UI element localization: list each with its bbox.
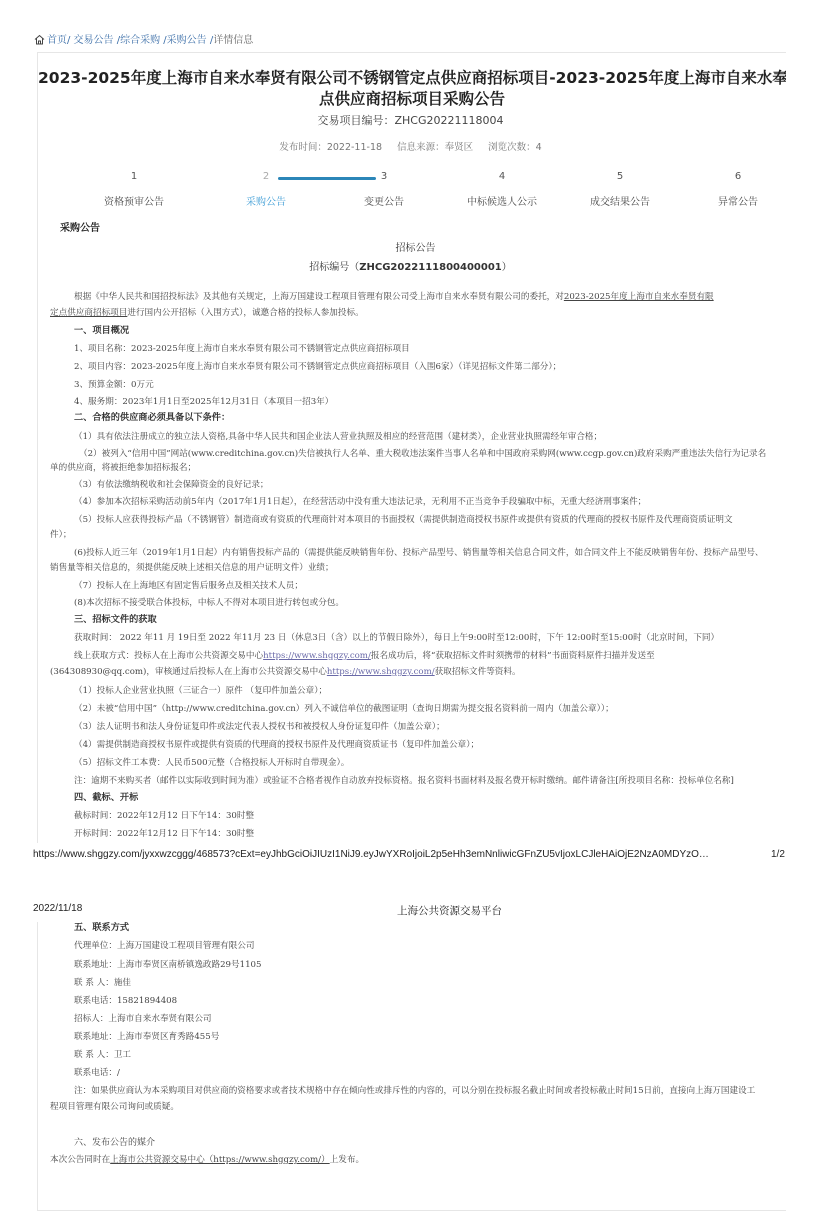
s3-online: 线上获取方式：投标人在上海市公共资源交易中心https://www.shggzy… [74, 650, 784, 662]
intro-text: 根据《中华人民共和国招投标法》及其他有关规定，上海万国建设工程项目管理有限公司受… [74, 292, 564, 302]
s2-item: （4）参加本次招标采购活动前5年内（2017年1月1日起），在经营活动中没有重大… [74, 496, 784, 508]
s2-item: （5）投标人应获得投标产品（不锈钢管）制造商或有资质的代理商针对本项目的书面授权… [74, 514, 784, 526]
info-source: 信息来源：奉贤区 [397, 142, 473, 153]
step-number: 6 [678, 171, 798, 185]
s3-item: （3）法人证明书和法人身份证复印件或法定代表人授权书和被授权人身份证复印件（加盖… [74, 721, 445, 733]
project-number-label: 交易项目编号： [318, 114, 395, 127]
contact-item: 联系电话：/ [74, 1067, 120, 1079]
s6-text: 本次公告同时在 [50, 1155, 110, 1165]
notice-number-suffix: ） [502, 262, 512, 273]
page-title-line-2: 点供应商招标项目采购公告 [38, 89, 786, 110]
s2-item: （2）被列入“信用中国”网站(www.creditchina.gov.cn)失信… [79, 448, 784, 460]
close-time: 截标时间：2022年12月12 日下午14：30时整 [74, 810, 254, 822]
notice-number-prefix: 招标编号（ [309, 262, 359, 273]
step-label: 采购公告 [206, 193, 326, 208]
notice-title: 招标公告 [0, 239, 821, 254]
section-1-title: 一、项目概况 [74, 325, 129, 337]
step-label: 变更公告 [324, 193, 444, 208]
shggzy-media-link[interactable]: 上海市公共资源交易中心（https://www.shggzy.com/） [110, 1155, 330, 1165]
step-label: 异常公告 [678, 193, 798, 208]
breadcrumb-procurement-notice[interactable]: 采购公告 / [167, 35, 214, 46]
step-number: 2 [206, 171, 326, 185]
s6-media: 本次公告同时在上海市公共资源交易中心（https://www.shggzy.co… [50, 1154, 364, 1166]
breadcrumb: 首页/ 交易公告 /综合采购 /采购公告 /详情信息 [34, 31, 253, 48]
s2-item: 件）； [50, 529, 71, 541]
step-procurement-notice[interactable]: 2 采购公告 [206, 171, 326, 208]
view-count: 浏览次数：4 [488, 142, 542, 153]
meta-info: 发布时间：2022-11-18 信息来源：奉贤区 浏览次数：4 [0, 139, 821, 153]
step-candidate-publicity[interactable]: 4 中标候选人公示 [442, 171, 562, 208]
section-6-title: 六、发布公告的媒介 [74, 1137, 155, 1149]
s3-item: （1）投标人企业营业执照（三证合一）原件 （复印件加盖公章）； [74, 685, 327, 697]
project-link-cont[interactable]: 定点供应商招标项目 [50, 308, 127, 318]
s6-text: 上发布。 [330, 1155, 364, 1165]
contact-item: 联系地址：上海市奉贤区育秀路455号 [74, 1031, 219, 1043]
project-number-value: ZHCG20221118004 [395, 114, 504, 127]
contact-item: 联 系 人：施佳 [74, 977, 131, 989]
step-change-notice[interactable]: 3 变更公告 [324, 171, 444, 208]
page-number: 1/2 [771, 849, 785, 860]
s3-email-text: (364308930@qq.com)，审核通过后投标人在上海市公共资源交易中心 [50, 667, 327, 677]
notice-steps: 1 资格预审公告 2 采购公告 3 变更公告 4 中标候选人公示 5 成交结果公… [74, 171, 798, 211]
intro-line-2: 定点供应商招标项目进行国内公开招标（入围方式），诚邀合格的投标人参加投标。 [50, 307, 784, 319]
step-number: 5 [560, 171, 680, 185]
breadcrumb-trade-notices[interactable]: 交易公告 / [70, 35, 120, 46]
step-number: 3 [324, 171, 444, 185]
section-label: 采购公告 [60, 219, 100, 234]
notice-number: 招标编号（ZHCG2022111800400001） [0, 258, 821, 273]
s5-note: 程项目管理有限公司询问或质疑。 [50, 1101, 179, 1113]
section-3-title: 三、招标文件的获取 [74, 614, 157, 626]
s2-item: （1）具有依法注册成立的独立法人资格,具备中华人民共和国企业法人营业执照及相应的… [74, 431, 784, 443]
step-number: 4 [442, 171, 562, 185]
step-number: 1 [74, 171, 194, 185]
intro-line-1: 根据《中华人民共和国招投标法》及其他有关规定，上海万国建设工程项目管理有限公司受… [74, 291, 784, 303]
print-url: https://www.shggzy.com/jyxxwzcggg/468573… [33, 849, 763, 860]
project-number: 交易项目编号：ZHCG20221118004 [0, 112, 821, 128]
section-2-title: 二、合格的供应商必须具备以下条件： [74, 412, 230, 424]
breadcrumb-home[interactable]: 首页/ [47, 35, 70, 46]
section-5-title: 五、联系方式 [74, 922, 129, 934]
project-link[interactable]: 2023-2025年度上海市自来水奉贤有限 [564, 292, 714, 302]
s3-note: 注：逾期不来购买者（邮件以实际收到时间为准）或验证不合格者视作自动放弃投标资格。… [74, 775, 784, 787]
s2-item: (6)投标人近三年（2019年1月1日起）内有销售投标产品的（需提供能反映销售年… [74, 547, 784, 559]
s2-item: 销售量等相关信息的，须提供能反映上述相关信息的用户证明文件）业绩； [50, 562, 784, 574]
print-site-title: 上海公共资源交易平台 [397, 903, 502, 918]
notice-number-value: ZHCG2022111800400001 [359, 262, 502, 273]
shggzy-link[interactable]: https://www.shggzy.com/ [327, 667, 435, 677]
breadcrumb-general-procurement[interactable]: 综合采购 / [120, 35, 167, 46]
contact-item: 代理单位：上海万国建设工程项目管理有限公司 [74, 940, 254, 952]
s2-item: (8)本次招标不接受联合体投标，中标人不得对本项目进行转包或分包。 [74, 597, 344, 609]
s3-email-text: 获取招标文件等资料。 [435, 667, 521, 677]
s5-note: 注：如果供应商认为本采购项目对供应商的资格要求或者技术规格中存在倾向性或排斥性的… [74, 1085, 784, 1097]
breadcrumb-current: 详情信息 [213, 35, 253, 46]
contact-item: 联系电话：15821894408 [74, 995, 177, 1007]
s2-item: （3）有依法缴纳税收和社会保障资金的良好记录； [74, 479, 269, 491]
page-title: 2023-2025年度上海市自来水奉贤有限公司不锈钢管定点供应商招标项目-202… [38, 68, 786, 110]
home-icon[interactable] [34, 34, 45, 48]
step-result-notice[interactable]: 5 成交结果公告 [560, 171, 680, 208]
s2-item: （7）投标人在上海地区有固定售后服务点及相关技术人员； [74, 580, 303, 592]
step-prequalification[interactable]: 1 资格预审公告 [74, 171, 194, 208]
contact-item: 联系地址：上海市奉贤区南桥镇逸政路29号1105 [74, 959, 262, 971]
contact-item: 招标人：上海市自来水奉贤有限公司 [74, 1013, 212, 1025]
intro-text: 进行国内公开招标（入围方式），诚邀合格的投标人参加投标。 [127, 308, 363, 318]
s3-item: （4）需提供制造商授权书原件或提供有资质的代理商的授权书原件及代理商资质证书（复… [74, 739, 479, 751]
s3-online-text: 线上获取方式：投标人在上海市公共资源交易中心 [74, 651, 263, 661]
step-exception-notice[interactable]: 6 异常公告 [678, 171, 798, 208]
step-label: 资格预审公告 [74, 193, 194, 208]
section-4-title: 四、截标、开标 [74, 792, 138, 804]
s2-item: 单的供应商，将被拒绝参加招标报名； [50, 462, 196, 474]
contact-item: 联 系 人：卫工 [74, 1049, 131, 1061]
shggzy-link[interactable]: https://www.shggzy.com/ [263, 651, 371, 661]
s1-item: 2、项目内容：2023-2025年度上海市自来水奉贤有限公司不锈钢管定点供应商招… [74, 361, 561, 373]
s3-item: （5）招标文件工本费：人民币500元整（合格投标人开标时自带现金）。 [74, 757, 349, 769]
s3-online-text: 报名成功后，将“获取招标文件时须携带的材料”书面资料原件扫描并发送至 [371, 651, 655, 661]
s1-item: 3、预算金额：0万元 [74, 379, 154, 391]
step-label: 成交结果公告 [560, 193, 680, 208]
page-title-line-1: 2023-2025年度上海市自来水奉贤有限公司不锈钢管定点供应商招标项目-202… [38, 68, 786, 89]
s1-item: 1、项目名称：2023-2025年度上海市自来水奉贤有限公司不锈钢管定点供应商招… [74, 343, 410, 355]
publish-time: 发布时间：2022-11-18 [279, 142, 382, 153]
s3-email: (364308930@qq.com)，审核通过后投标人在上海市公共资源交易中心h… [50, 666, 784, 678]
print-date: 2022/11/18 [33, 903, 82, 914]
open-time: 开标时间：2022年12月12 日下午14：30时整 [74, 828, 254, 840]
s1-item: 4、服务期：2023年1月1日至2025年12月31日（本项目一招3年） [74, 396, 333, 408]
s3-time: 获取时间： 2022 年11 月 19日至 2022 年11月 23 日（休息3… [74, 632, 784, 644]
step-label: 中标候选人公示 [442, 193, 562, 208]
s3-item: （2）未被“信用中国”（http://www.creditchina.gov.c… [74, 703, 614, 715]
